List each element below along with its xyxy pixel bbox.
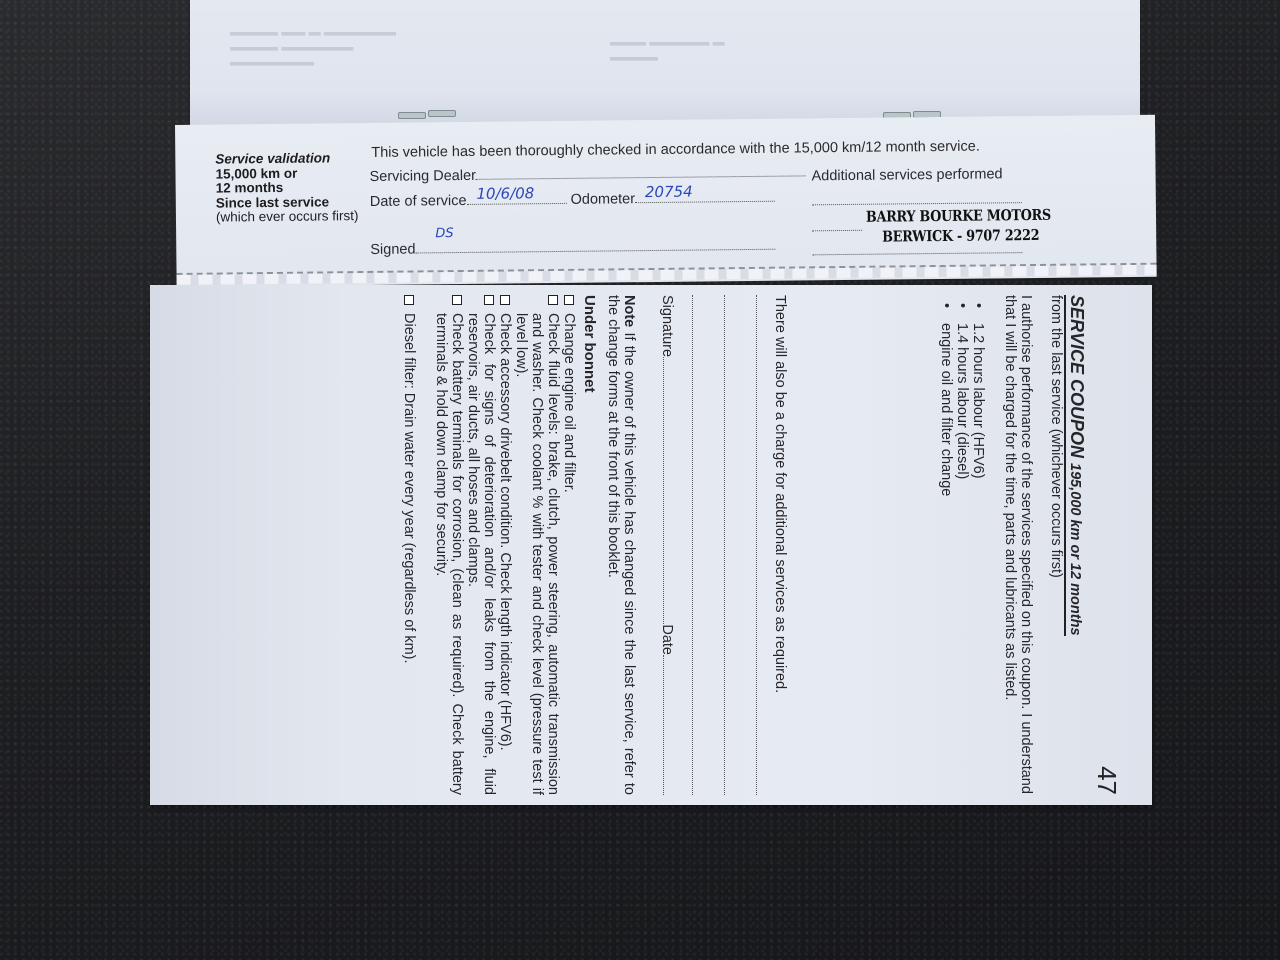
bleed-through-text: ▬▬▬▬▬▬▬ ▬▬▬▬▬ ▬ [610, 38, 725, 68]
bleed-through-text: ▬▬▬▬▬▬▬▬▬▬▬ ▬▬▬▬▬▬▬▬▬▬ ▬▬ ▬ ▬▬▬▬▬▬ [230, 28, 396, 73]
checklist-item: Change engine oil and filter. [561, 295, 577, 795]
previous-page-flipped: ▬▬▬▬▬▬▬▬▬▬▬ ▬▬▬▬▬▬▬▬▬▬ ▬▬ ▬ ▬▬▬▬▬▬ ▬▬▬▬▬… [190, 0, 1140, 132]
servicing-dealer-field: Servicing Dealer [369, 163, 806, 185]
checklist-text: Check battery terminals for corrosion, (… [433, 313, 465, 795]
coupon-subtitle: from the last service (whichever occurs … [1048, 295, 1064, 795]
checkbox-icon[interactable] [484, 295, 494, 305]
date-of-service-label: Date of service [370, 193, 467, 210]
note-label: Note [621, 295, 637, 327]
bullet-item: •1.4 hours labour (diesel) [954, 303, 970, 795]
under-bonnet-heading: Under bonnet [581, 295, 597, 795]
bullet-text: engine oil and filter change [938, 323, 954, 496]
validation-months: 12 months [216, 180, 376, 196]
signed-initials: DS [435, 226, 453, 241]
note-text: If the owner of this vehicle has changed… [605, 295, 637, 795]
validation-title: Service validation [215, 151, 375, 167]
bullet-item: •engine oil and filter change [938, 303, 954, 795]
dotted-line [724, 295, 740, 795]
checklist-text: Change engine oil and filter. [561, 313, 577, 493]
validation-block: Service validation 15,000 km or 12 month… [215, 151, 376, 225]
bullet-icon: • [938, 303, 954, 311]
checklist-item: Diesel filter: Drain water every year (r… [401, 295, 417, 795]
date-odometer-row: Date of service10/6/08 Odometer20754 [370, 189, 775, 210]
bullet-icon: • [970, 303, 986, 311]
rotated-page-content: 47 SERVICE COUPON 195,000 km or 12 month… [155, 295, 1115, 795]
checklist-item: Check accessory drivebelt condition. Che… [497, 295, 513, 795]
servicing-dealer-label: Servicing Dealer [369, 168, 476, 185]
date-of-service-value: 10/6/08 [476, 184, 534, 203]
dealer-stamp-name: BARRY BOURKE MOTORS [866, 206, 1051, 226]
validation-km: 15,000 km or [215, 165, 375, 181]
bullet-icon: • [954, 303, 970, 311]
checklist-item: Check battery terminals for corrosion, (… [433, 295, 465, 795]
bullet-text: 1.2 hours labour (HFV6) [970, 323, 986, 479]
checklist-item: Check for signs of deterioration and/or … [465, 295, 497, 795]
owner-change-note: Note If the owner of this vehicle has ch… [605, 295, 637, 795]
service-checklist: Change engine oil and filter. Check flui… [401, 295, 577, 795]
additional-services-line [812, 240, 1022, 259]
checkbox-icon[interactable] [500, 295, 510, 305]
date-label: Date [659, 624, 675, 655]
checkbox-icon[interactable] [452, 295, 462, 305]
signature-date-row: Signature Date [659, 295, 676, 795]
checklist-text: Check for signs of deterioration and/or … [465, 313, 497, 795]
signature-label: Signature [659, 295, 675, 357]
checkbox-icon[interactable] [548, 295, 558, 305]
checklist-text: Check accessory drivebelt condition. Che… [497, 313, 513, 751]
additional-charge-text: There will also be a charge for addition… [772, 295, 788, 795]
signed-field: SignedDS [370, 237, 775, 258]
staple-icon [398, 112, 426, 119]
checklist-item: Check fluid levels: brake, clutch, power… [513, 295, 561, 795]
dotted-line [692, 295, 708, 795]
coupon-interval: 195,000 km or 12 months [1067, 463, 1083, 635]
service-statement: This vehicle has been thoroughly checked… [371, 139, 980, 161]
booklet-page-47: 47 SERVICE COUPON 195,000 km or 12 month… [150, 285, 1152, 805]
dotted-line [756, 295, 772, 795]
labour-bullet-list: •1.2 hours labour (HFV6) •1.4 hours labo… [938, 295, 986, 795]
staple-icon [428, 110, 456, 117]
validation-whichever: (which ever occurs first) [216, 209, 376, 225]
additional-services-label: Additional services performed [811, 166, 1002, 184]
bullet-item: •1.2 hours labour (HFV6) [970, 303, 986, 795]
checkbox-icon[interactable] [564, 295, 574, 305]
signed-label: Signed [370, 241, 415, 257]
odometer-value: 20754 [645, 183, 693, 201]
authorise-statement: I authorise performance of the services … [1002, 295, 1034, 795]
coupon-title: SERVICE COUPON [1067, 295, 1087, 458]
additional-services-line [812, 218, 862, 236]
odometer-label: Odometer [570, 191, 635, 208]
checkbox-icon[interactable] [404, 295, 414, 305]
page-number: 47 [1099, 766, 1115, 795]
checklist-text: Check fluid levels: brake, clutch, power… [513, 313, 561, 795]
coupon-title-row: SERVICE COUPON 195,000 km or 12 months [1064, 295, 1085, 636]
checklist-text: Diesel filter: Drain water every year (r… [401, 313, 417, 664]
bullet-text: 1.4 hours labour (diesel) [954, 323, 970, 479]
service-validation-coupon: Service validation 15,000 km or 12 month… [175, 115, 1157, 287]
